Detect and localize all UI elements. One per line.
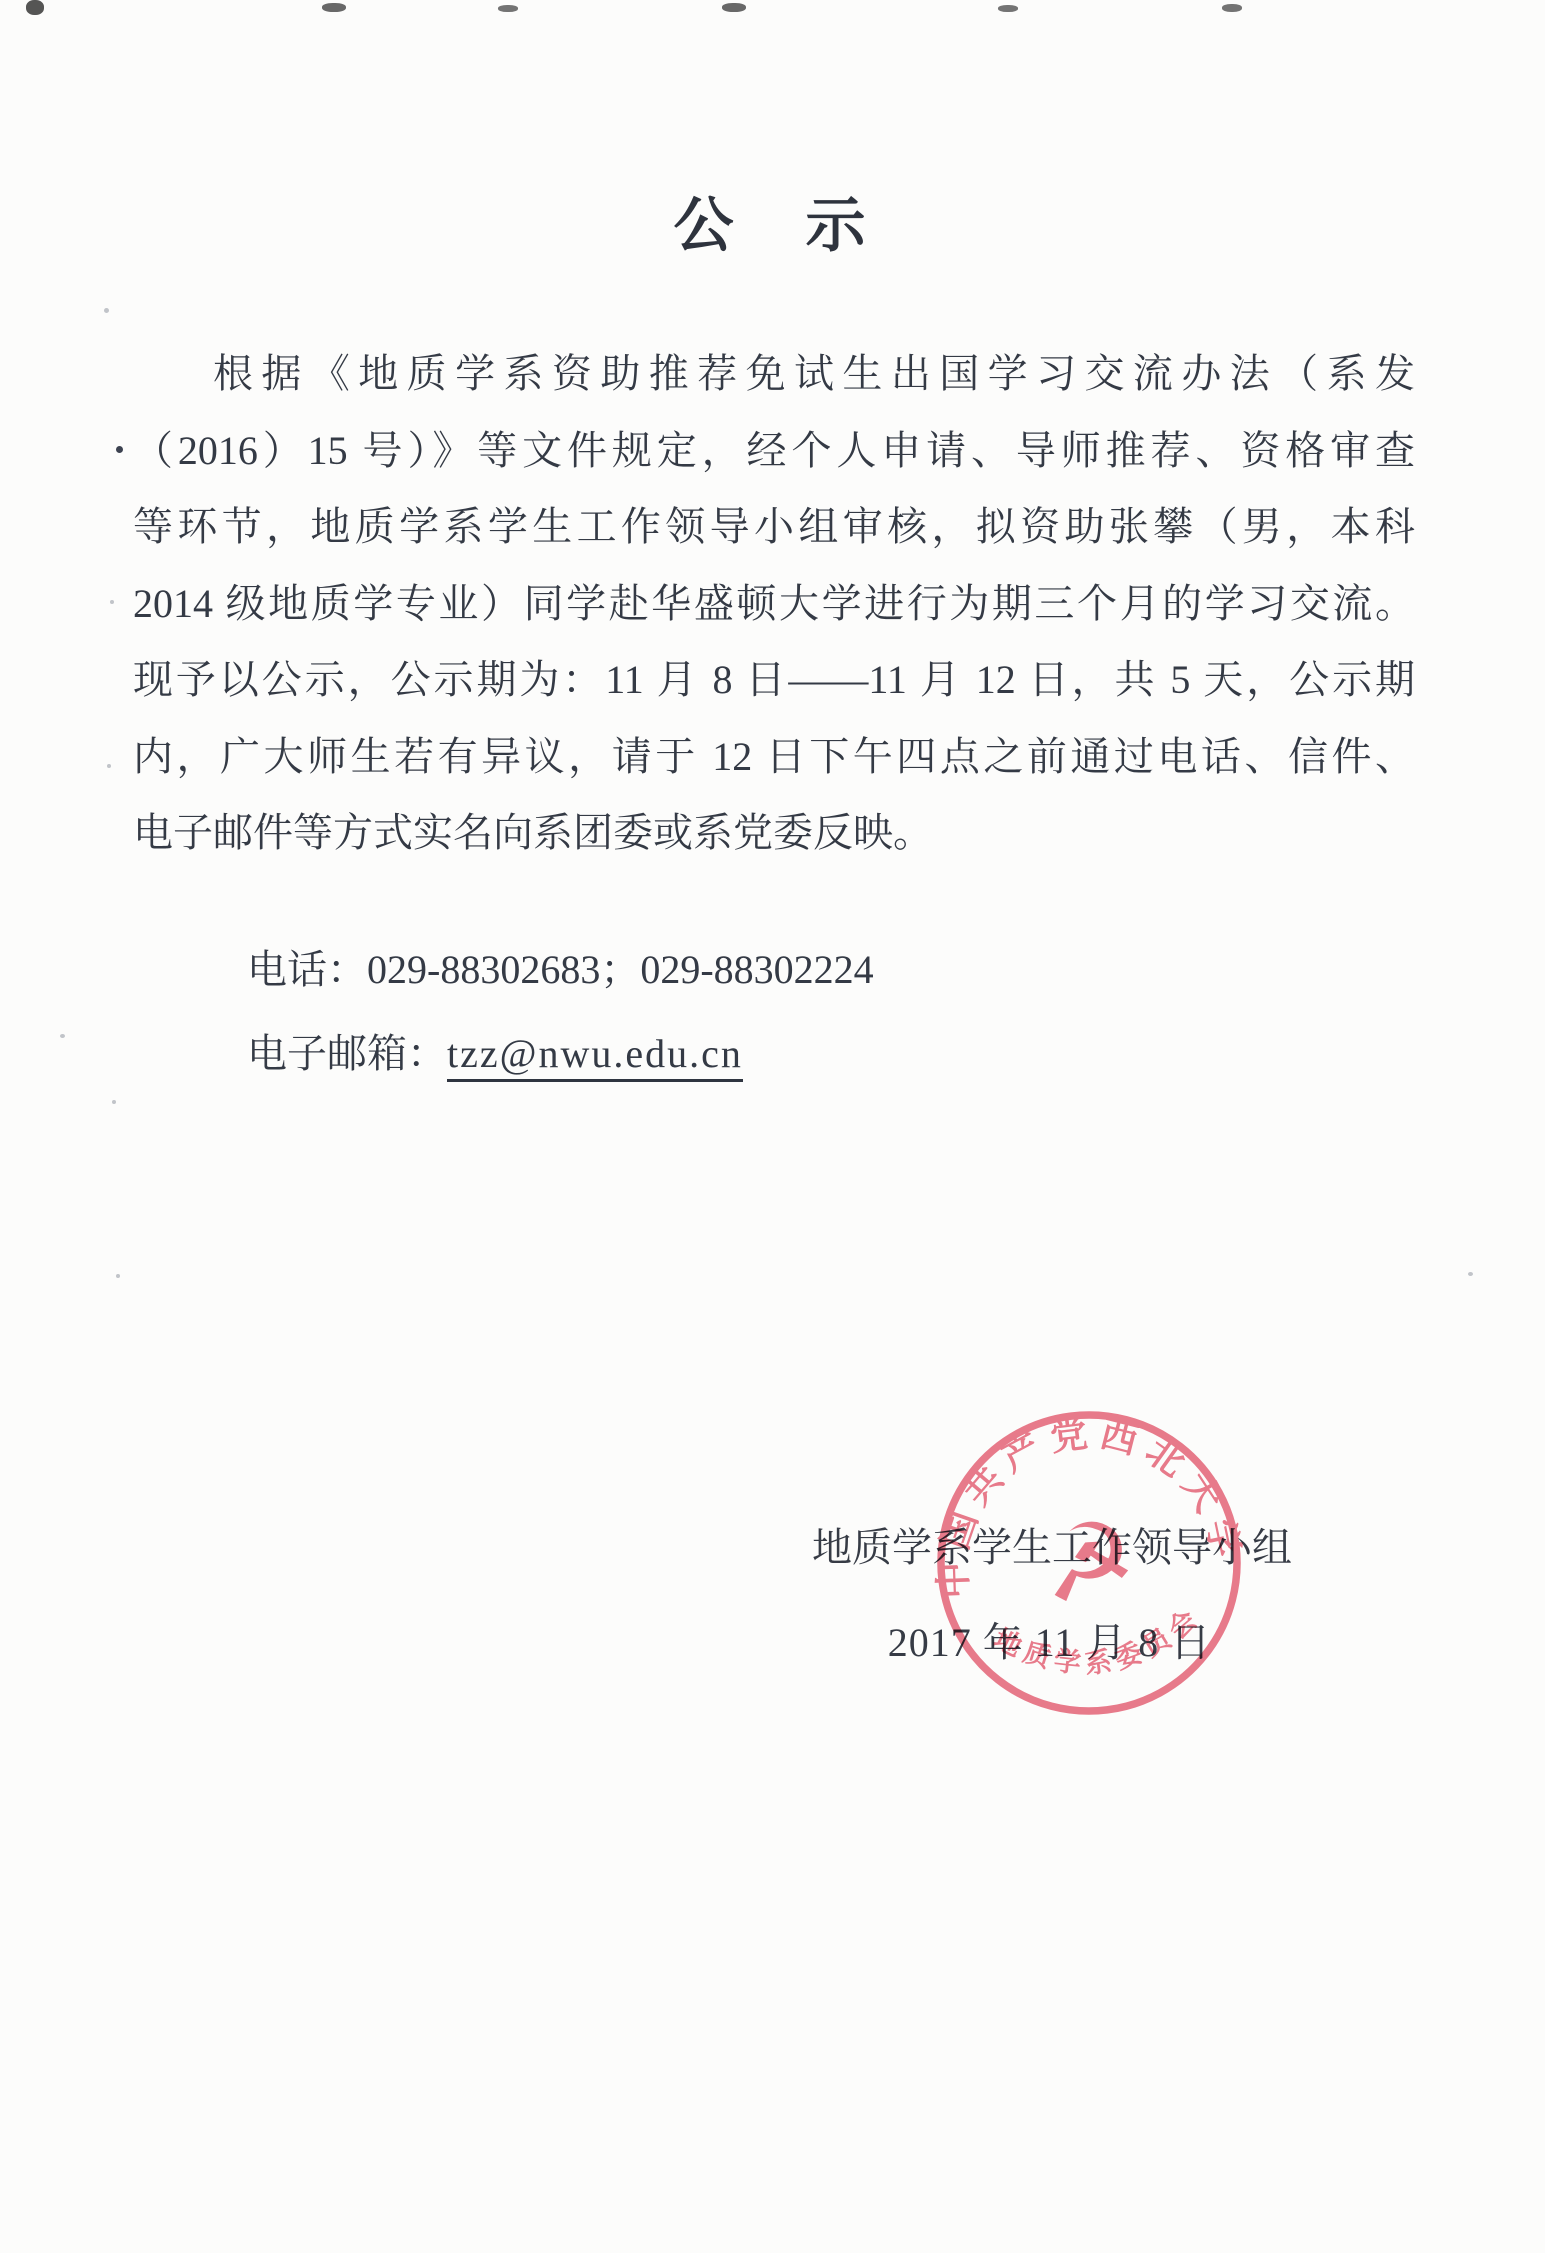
email-label: 电子邮箱：	[247, 1031, 447, 1076]
phone-line: 电话：029-88302683；029-88302224	[133, 946, 1529, 994]
scan-artifact	[26, 0, 44, 15]
page-title: 公 示	[0, 178, 1545, 264]
body-line: （2016）15 号）》等文件规定，经个人申请、导师推荐、资格审查	[133, 413, 1415, 490]
body-line: 2014 级地质学专业）同学赴华盛顿大学进行为期三个月的学习交流。	[133, 566, 1415, 643]
signature-block: 地质学系学生工作领导小组 2017 年 11 月 8 日	[812, 1516, 1287, 1668]
scan-artifact	[498, 5, 518, 12]
body-line: 电子邮件等方式实名向系团委或系党委反映。	[133, 795, 1415, 872]
speck	[1468, 1272, 1473, 1276]
scan-artifact	[1222, 4, 1242, 12]
speck	[60, 1034, 65, 1038]
announcement-body: 根据《地质学系资助推荐免试生出国学习交流办法（系发 （2016）15 号）》等文…	[133, 336, 1415, 872]
scan-artifact	[998, 5, 1018, 12]
body-line: 内，广大师生若有异议，请于 12 日下午四点之前通过电话、信件、	[133, 719, 1415, 796]
ink-dot	[116, 446, 123, 453]
body-line: 现予以公示，公示期为：11 月 8 日——11 月 12 日，共 5 天，公示期	[133, 642, 1415, 719]
scanned-announcement-page: 公 示 根据《地质学系资助推荐免试生出国学习交流办法（系发 （2016）15 号…	[0, 0, 1545, 2253]
speck	[112, 1100, 116, 1104]
signature-date: 2017 年 11 月 8 日	[812, 1611, 1287, 1668]
scan-artifact	[722, 3, 746, 12]
scan-artifact	[322, 3, 346, 12]
phone-numbers: 029-88302683；029-88302224	[367, 947, 874, 992]
signature-org: 地质学系学生工作领导小组	[812, 1516, 1287, 1573]
email-address: tzz@nwu.edu.cn	[447, 1031, 743, 1082]
body-line: 等环节，地质学系学生工作领导小组审核，拟资助张攀（男，本科	[133, 489, 1415, 566]
speck	[104, 308, 109, 313]
email-line: 电子邮箱：tzz@nwu.edu.cn	[133, 1030, 1529, 1078]
phone-label: 电话：	[247, 947, 367, 992]
speck	[107, 764, 111, 768]
speck	[116, 1274, 120, 1278]
body-line: 根据《地质学系资助推荐免试生出国学习交流办法（系发	[133, 336, 1415, 413]
speck	[110, 600, 114, 604]
